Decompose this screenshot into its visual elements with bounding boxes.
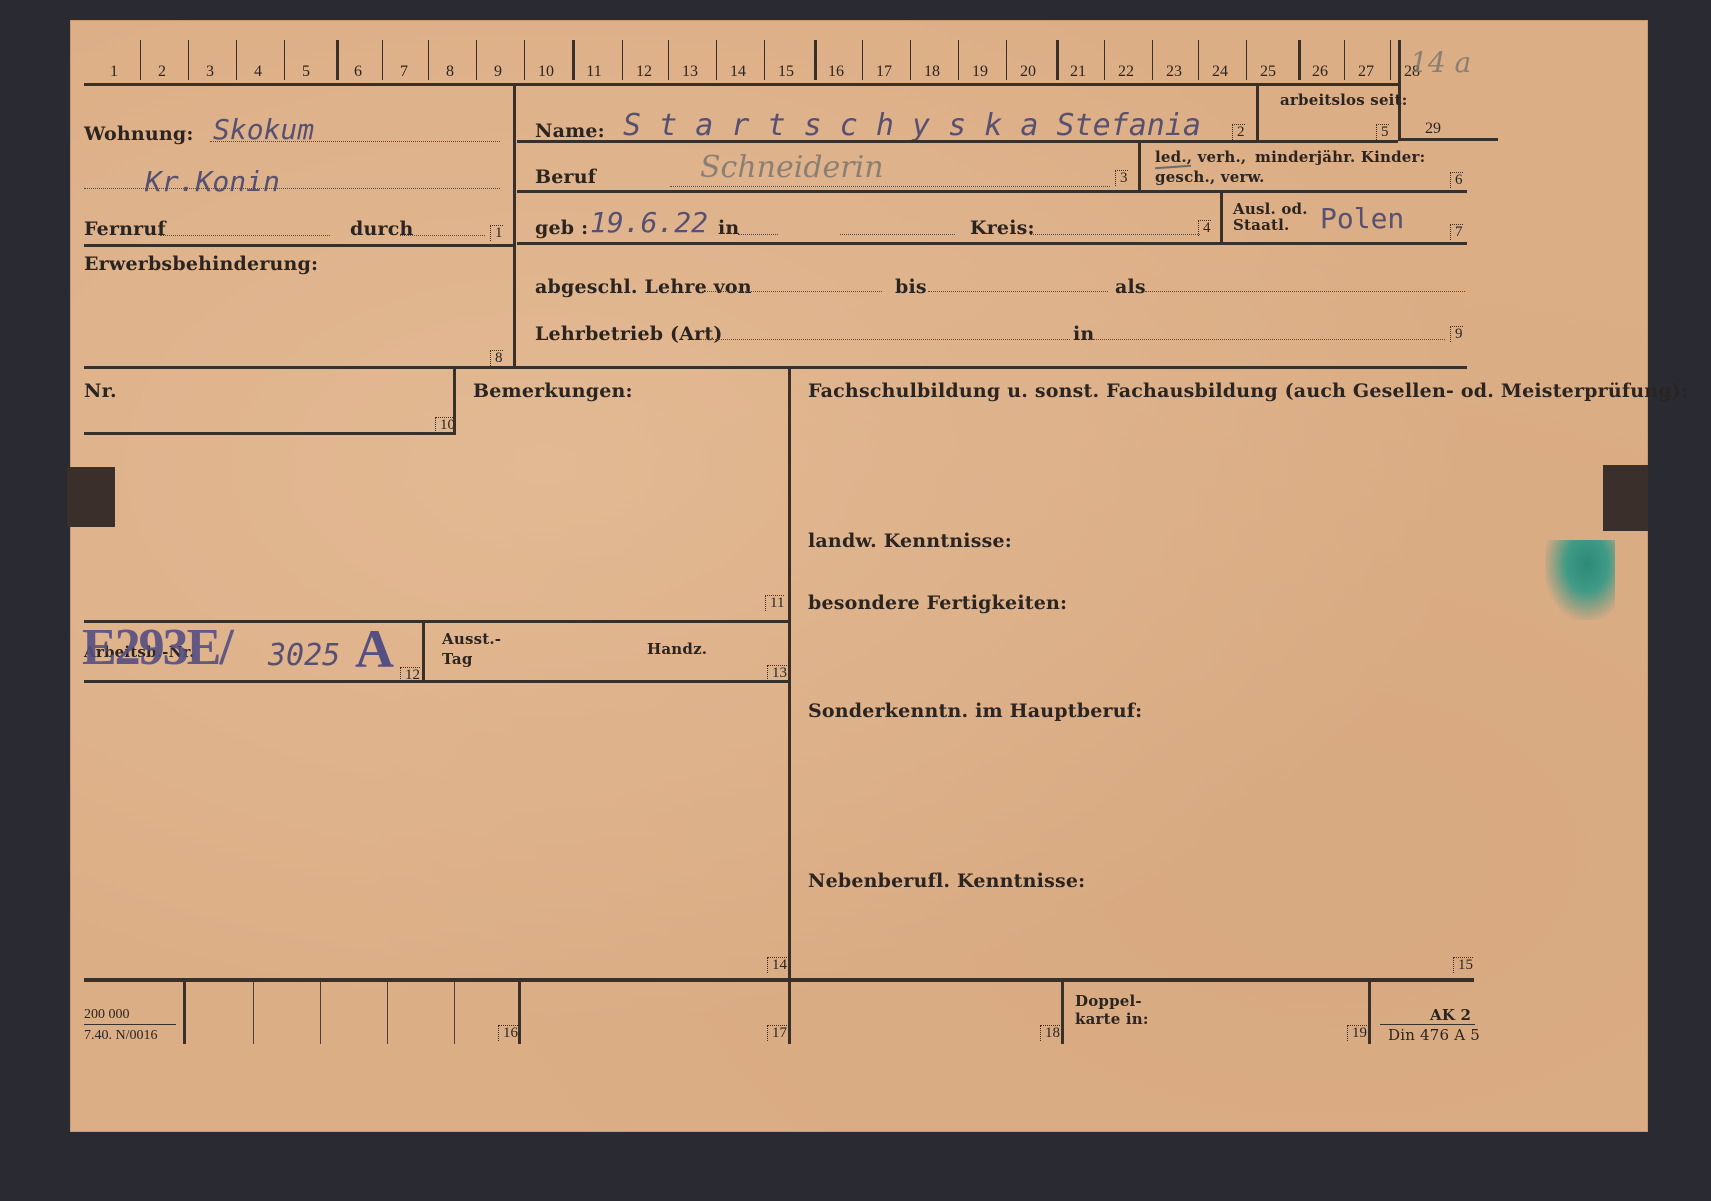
column-number: 18	[912, 63, 952, 81]
issued-label-line2: Tag	[442, 650, 473, 668]
birthplace-field[interactable]	[738, 234, 778, 235]
divider	[84, 432, 456, 435]
column-number: 2	[142, 63, 182, 81]
column-number: 1	[94, 63, 134, 81]
divider	[1061, 982, 1064, 1044]
field-29-label: 29	[1425, 120, 1441, 138]
special-main-label: Sonderkenntn. im Hauptberuf:	[808, 700, 1142, 722]
column-number: 16	[816, 63, 856, 81]
column-tick	[1152, 40, 1153, 80]
column-number: 20	[1008, 63, 1048, 81]
column-tick	[1344, 40, 1345, 80]
din-code: Din 476 A 5	[1388, 1026, 1480, 1044]
apprenticeship-as-field[interactable]	[1145, 291, 1465, 292]
column-number: 13	[670, 63, 710, 81]
ruler-baseline	[84, 83, 1400, 86]
apprenticeship-to-field[interactable]	[928, 291, 1108, 292]
field-number-17: 17	[767, 1025, 787, 1041]
divider	[320, 982, 321, 1044]
work-book-number[interactable]: 3025	[268, 638, 340, 673]
unemployed-label: arbeitslos seit:	[1280, 91, 1407, 109]
field-number-15: 15	[1453, 957, 1473, 973]
footer-divider	[84, 978, 1474, 982]
column-tick	[958, 40, 959, 80]
field-number-9: 9	[1450, 326, 1463, 342]
column-number: 3	[190, 63, 230, 81]
nationality-label-line2: Staatl.	[1233, 216, 1289, 234]
divider	[183, 982, 186, 1044]
field-number-5: 5	[1376, 124, 1389, 140]
left-column-divider	[513, 83, 516, 368]
divider	[84, 680, 790, 683]
column-tick	[716, 40, 717, 80]
column-number: 6	[338, 63, 378, 81]
column-tick	[1006, 40, 1007, 80]
column-tick	[622, 40, 623, 80]
registration-card: 1234567891011121314151617181920212223242…	[70, 20, 1648, 1132]
column-tick	[1246, 40, 1247, 80]
birth-date[interactable]: 19.6.22	[590, 206, 708, 239]
divider	[1138, 142, 1141, 192]
column-number: 11	[574, 63, 614, 81]
file-marker-right	[1603, 465, 1648, 531]
column-number: 8	[430, 63, 470, 81]
column-number: 26	[1300, 63, 1340, 81]
children-label: minderjähr. Kinder:	[1255, 148, 1425, 166]
training-company-label: Lehrbetrieb (Art)	[535, 323, 723, 345]
field-number-3: 3	[1115, 170, 1128, 186]
column-number: 7	[384, 63, 424, 81]
form-code: AK 2	[1430, 1006, 1471, 1024]
occupation-label: Beruf	[535, 166, 596, 188]
district-field[interactable]	[1030, 234, 1200, 235]
occupation-rule	[670, 186, 1110, 187]
field-number-10: 10	[435, 417, 455, 433]
divider	[788, 982, 791, 1044]
via-field[interactable]	[400, 235, 485, 236]
column-tick	[188, 40, 189, 80]
phone-field[interactable]	[160, 235, 330, 236]
field-number-1: 1	[490, 225, 503, 241]
column-tick	[140, 40, 141, 80]
divider	[517, 242, 1467, 245]
column-number: 27	[1346, 63, 1386, 81]
divider	[453, 368, 456, 434]
name-label: Name:	[535, 120, 605, 142]
column-number: 25	[1248, 63, 1288, 81]
column-number: 5	[286, 63, 326, 81]
training-company-field[interactable]	[700, 339, 1070, 340]
column-tick	[1298, 40, 1301, 80]
marital-status-line2[interactable]: gesch., verw.	[1155, 168, 1265, 186]
duplicate-label-line1: Doppel-	[1075, 992, 1142, 1010]
column-tick	[764, 40, 765, 80]
column-number: 12	[624, 63, 664, 81]
field-number-14: 14	[767, 957, 787, 973]
address-line2-rule	[84, 188, 500, 189]
column-number: 15	[766, 63, 806, 81]
column-number: 23	[1154, 63, 1194, 81]
training-company-in-label: in	[1073, 323, 1094, 345]
field-number-16: 16	[498, 1025, 518, 1041]
apprenticeship-from-field[interactable]	[702, 291, 882, 292]
birth-label: geb :	[535, 217, 588, 239]
field-number-6: 6	[1450, 172, 1463, 188]
field-number-4: 4	[1198, 220, 1211, 236]
column-number: 10	[526, 63, 566, 81]
column-tick	[1198, 40, 1199, 80]
divider	[517, 190, 1467, 193]
apprenticeship-as-label: als	[1115, 276, 1146, 298]
field-number-18: 18	[1040, 1025, 1060, 1041]
nationality-value[interactable]: Polen	[1320, 202, 1404, 235]
divider	[84, 366, 1467, 369]
marital-status-line1[interactable]: led., verh.,	[1155, 148, 1246, 166]
divider	[518, 982, 521, 1044]
divider	[84, 244, 514, 247]
apprenticeship-to-label: bis	[895, 276, 927, 298]
field-number-7: 7	[1450, 224, 1463, 240]
column-tick	[814, 40, 817, 80]
divider	[454, 982, 455, 1044]
corner-annotation: 14 a	[1410, 46, 1471, 79]
column-tick	[284, 40, 285, 80]
technical-training-label: Fachschulbildung u. sonst. Fachausbildun…	[808, 380, 1688, 402]
address-line2[interactable]: Kr.Konin	[145, 165, 280, 198]
field-number-8: 8	[490, 350, 503, 366]
work-book-stamp: E293E/	[82, 618, 232, 677]
birth-in-label: in	[718, 217, 739, 239]
divider	[1368, 982, 1371, 1044]
column-tick	[668, 40, 669, 80]
divider	[517, 140, 1398, 143]
field-number-11: 11	[765, 595, 784, 611]
divider	[84, 1024, 176, 1025]
district-label: Kreis:	[970, 217, 1035, 239]
column-tick	[524, 40, 525, 80]
column-tick	[1056, 40, 1059, 80]
divider-29	[1398, 40, 1401, 140]
column-tick	[862, 40, 863, 80]
phone-label: Fernruf	[84, 218, 166, 240]
duplicate-label-line2: karte in:	[1075, 1010, 1149, 1028]
disability-label: Erwerbsbehinderung:	[84, 253, 318, 275]
divider	[387, 982, 388, 1044]
divider	[1398, 138, 1498, 141]
training-company-place-field[interactable]	[1090, 339, 1445, 340]
column-number: 4	[238, 63, 278, 81]
number-label: Nr.	[84, 380, 117, 402]
field-number-19: 19	[1347, 1025, 1367, 1041]
via-label: durch	[350, 218, 414, 240]
column-tick	[336, 40, 339, 80]
address-label: Wohnung:	[84, 123, 194, 145]
field-number-2: 2	[1232, 124, 1245, 140]
divider	[422, 622, 425, 680]
column-number: 19	[960, 63, 1000, 81]
special-skills-label: besondere Fertigkeiten:	[808, 592, 1067, 614]
middle-divider	[788, 368, 791, 978]
column-number: 9	[478, 63, 518, 81]
column-tick	[572, 40, 575, 80]
name-value[interactable]: S t a r t s c h y s k a Stefania	[623, 108, 1201, 143]
birthplace-rule	[840, 234, 955, 235]
file-marker-left	[67, 467, 115, 527]
green-ink-mark	[1545, 540, 1615, 620]
divider	[1256, 83, 1259, 140]
work-book-stamp-suffix: A	[355, 618, 394, 680]
occupation-value[interactable]: Schneiderin	[700, 150, 884, 185]
secondary-knowledge-label: Nebenberufl. Kenntnisse:	[808, 870, 1085, 892]
apprenticeship-from-label: abgeschl. Lehre von	[535, 276, 752, 298]
column-number: 14	[718, 63, 758, 81]
column-number: 24	[1200, 63, 1240, 81]
print-run: 200 000	[84, 1007, 130, 1023]
column-tick	[1104, 40, 1105, 80]
column-tick	[476, 40, 477, 80]
divider	[1220, 192, 1223, 242]
issued-label-line1: Ausst.-	[442, 630, 501, 648]
agri-knowledge-label: landw. Kenntnisse:	[808, 530, 1012, 552]
address-line1-rule	[210, 141, 500, 142]
column-tick	[236, 40, 237, 80]
column-tick	[910, 40, 911, 80]
print-code: 7.40. N/0016	[84, 1028, 158, 1044]
column-number: 21	[1058, 63, 1098, 81]
column-tick	[428, 40, 429, 80]
field-number-13: 13	[767, 665, 787, 681]
issued-sign-label: Handz.	[647, 640, 707, 658]
column-number: 17	[864, 63, 904, 81]
column-tick	[382, 40, 383, 80]
divider	[1380, 1024, 1475, 1025]
column-tick	[1390, 40, 1391, 80]
column-number: 22	[1106, 63, 1146, 81]
divider	[253, 982, 254, 1044]
remarks-label: Bemerkungen:	[473, 380, 633, 402]
